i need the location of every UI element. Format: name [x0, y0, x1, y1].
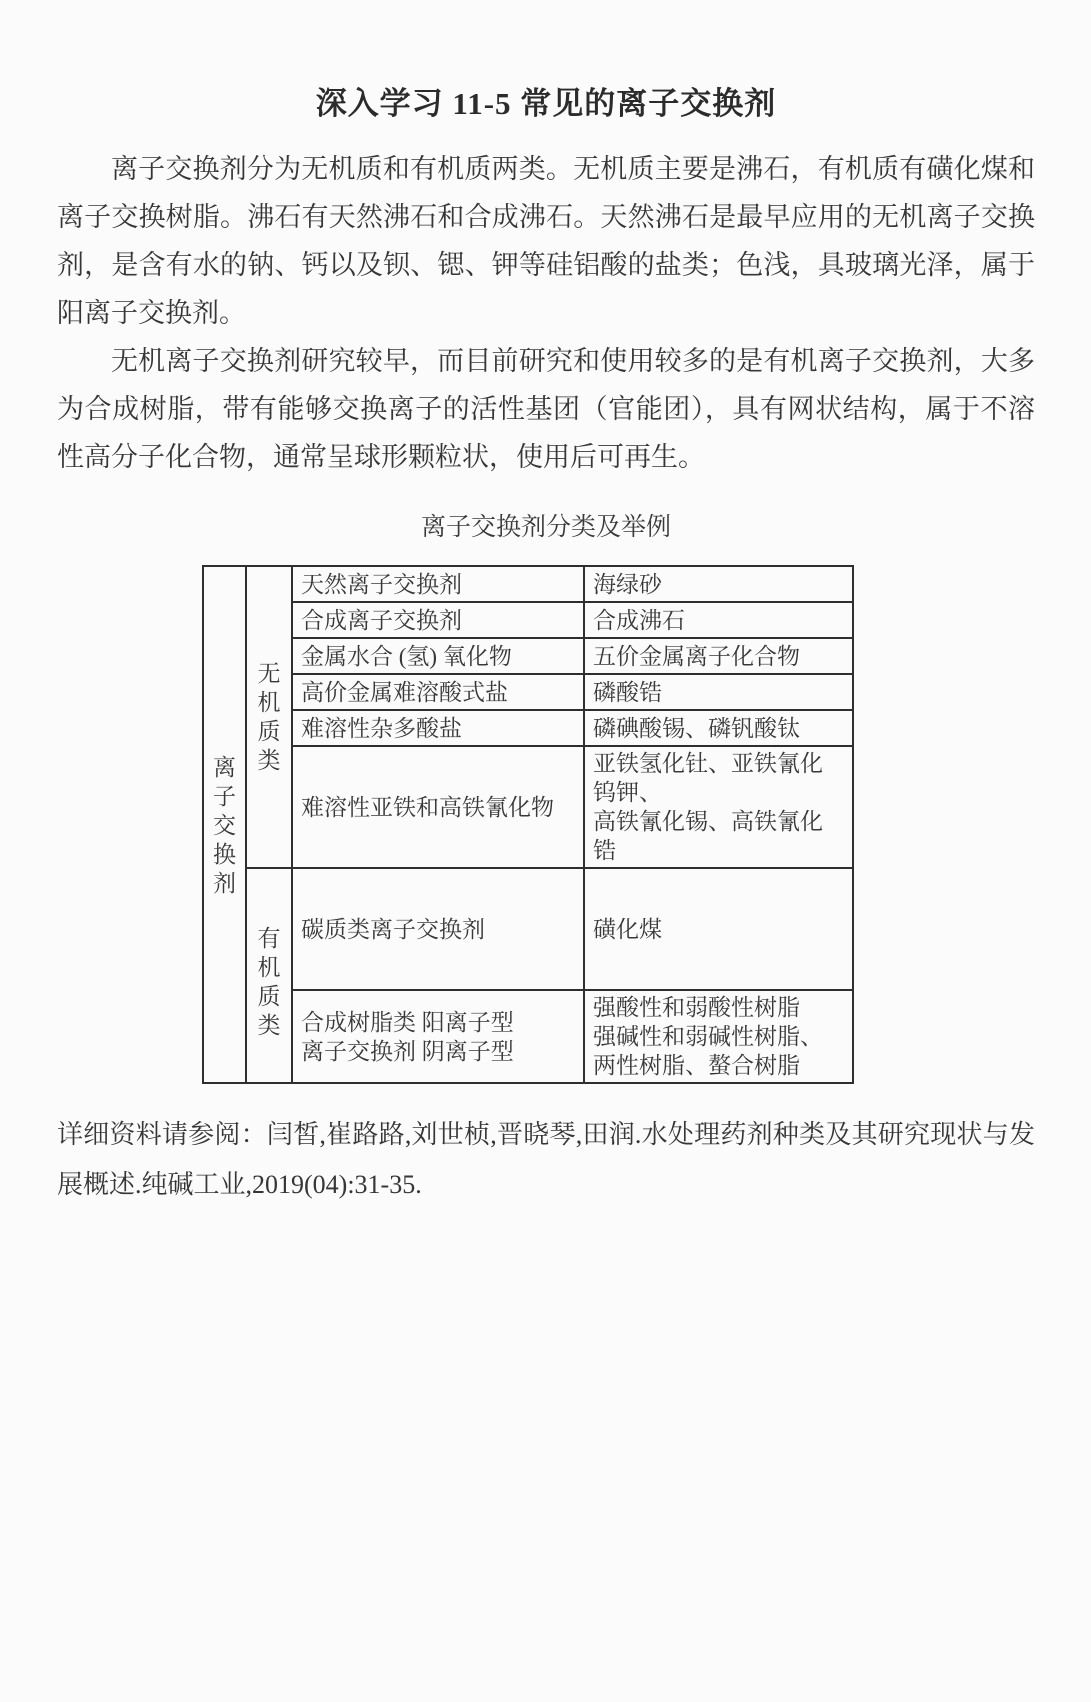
type-cell: 金属水合 (氢) 氧化物 [292, 638, 584, 674]
row-header-ion-exchanger: 离子交换剂 [203, 566, 246, 1083]
table-row: 合成树脂类 阳离子型 离子交换剂 阴离子型 强酸性和弱酸性树脂 强碱性和弱碱性树… [203, 990, 853, 1083]
type-cell: 碳质类离子交换剂 [292, 868, 584, 990]
page-title: 深入学习 11-5 常见的离子交换剂 [57, 78, 1035, 123]
type-cell: 高价金属难溶酸式盐 [292, 674, 584, 710]
example-cell: 强酸性和弱酸性树脂 强碱性和弱碱性树脂、 两性树脂、螯合树脂 [584, 990, 853, 1083]
table-row: 高价金属难溶酸式盐 磷酸锆 [203, 674, 853, 710]
reference-citation: 详细资料请参阅：闫皙,崔路路,刘世桢,晋晓琴,田润.水处理药剂种类及其研究现状与… [57, 1110, 1035, 1210]
classification-table: 离子交换剂 无机质类 天然离子交换剂 海绿砂 合成离子交换剂 合成沸石 金属水合… [202, 565, 854, 1084]
example-cell: 海绿砂 [584, 566, 853, 602]
type-cell: 难溶性杂多酸盐 [292, 710, 584, 746]
type-cell: 难溶性亚铁和高铁氰化物 [292, 746, 584, 868]
example-cell: 合成沸石 [584, 602, 853, 638]
example-cell: 五价金属离子化合物 [584, 638, 853, 674]
table-row: 离子交换剂 无机质类 天然离子交换剂 海绿砂 [203, 566, 853, 602]
example-cell: 亚铁氢化钍、亚铁氰化钨钾、 高铁氰化锡、高铁氰化锆 [584, 746, 853, 868]
example-cell: 磺化煤 [584, 868, 853, 990]
table-row: 有机质类 碳质类离子交换剂 磺化煤 [203, 868, 853, 990]
type-cell: 天然离子交换剂 [292, 566, 584, 602]
table-row: 难溶性杂多酸盐 磷碘酸锡、磷钒酸钛 [203, 710, 853, 746]
group-label-inorganic: 无机质类 [246, 566, 292, 868]
group-label-organic: 有机质类 [246, 868, 292, 1083]
type-cell: 合成离子交换剂 [292, 602, 584, 638]
table-row: 难溶性亚铁和高铁氰化物 亚铁氢化钍、亚铁氰化钨钾、 高铁氰化锡、高铁氰化锆 [203, 746, 853, 868]
table-row: 金属水合 (氢) 氧化物 五价金属离子化合物 [203, 638, 853, 674]
example-cell: 磷碘酸锡、磷钒酸钛 [584, 710, 853, 746]
example-cell: 磷酸锆 [584, 674, 853, 710]
type-cell: 合成树脂类 阳离子型 离子交换剂 阴离子型 [292, 990, 584, 1083]
paragraph-organic-exchangers: 无机离子交换剂研究较早，而目前研究和使用较多的是有机离子交换剂，大多为合成树脂，… [57, 337, 1035, 481]
paragraph-intro: 离子交换剂分为无机质和有机质两类。无机质主要是沸石，有机质有磺化煤和离子交换树脂… [57, 145, 1035, 337]
document-page: 深入学习 11-5 常见的离子交换剂 离子交换剂分为无机质和有机质两类。无机质主… [0, 0, 1091, 1702]
table-caption: 离子交换剂分类及举例 [57, 507, 1035, 543]
table-row: 合成离子交换剂 合成沸石 [203, 602, 853, 638]
